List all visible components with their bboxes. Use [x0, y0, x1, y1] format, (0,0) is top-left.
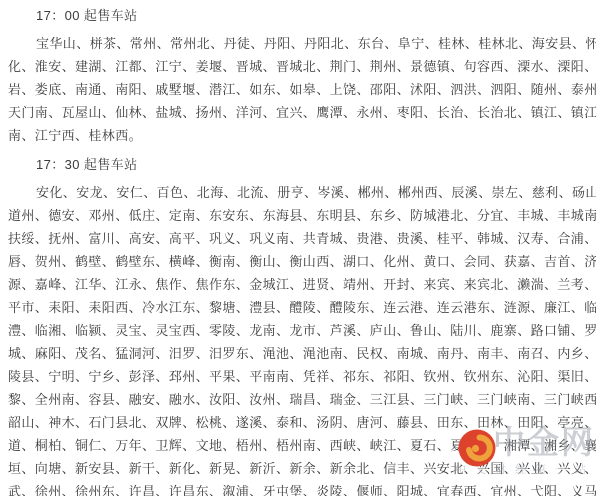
station-list-line: 武、徐州、徐州东、许昌、许昌东、溆浦、牙屯堡、炎陵、偃师、阳城、宜春西、宜州、弋… — [8, 480, 596, 496]
station-list-line: 城、麻阳、茂名、猛洞河、汨罗、汨罗东、渑池、渑池南、民权、南城、南丹、南丰、南召… — [8, 342, 596, 365]
station-list-line: 唇、贺州、鹤壁、鹤壁东、横峰、衡南、衡山、衡山西、湖口、化州、黄口、会同、获嘉、… — [8, 250, 596, 273]
station-list-line: 道、桐柏、铜仁、万年、卫辉、文地、梧州、梧州南、西峡、峡江、夏石、夏邑县、湘潭、… — [8, 434, 596, 457]
station-list-line: 宝华山、栟茶、常州、常州北、丹徒、丹阳、丹阳北、东台、阜宁、桂林、桂林北、海安县… — [8, 32, 596, 55]
station-list-1700: 宝华山、栟茶、常州、常州北、丹徒、丹阳、丹阳北、东台、阜宁、桂林、桂林北、海安县… — [8, 32, 596, 147]
station-list-line: 安化、安龙、安仁、百色、北海、北流、册亨、岑溪、郴州、郴州西、辰溪、崇左、慈利、… — [8, 181, 596, 204]
station-list-line: 源、嘉峰、江华、江永、焦作、焦作东、金城江、进贤、靖州、开封、来宾、来宾北、濑湍… — [8, 273, 596, 296]
station-list-1730: 安化、安龙、安仁、百色、北海、北流、册亨、岑溪、郴州、郴州西、辰溪、崇左、慈利、… — [8, 181, 596, 496]
station-list-line: 扶绥、抚州、富川、高安、高平、巩义、巩义南、共青城、贵港、贵溪、桂平、韩城、汉寿… — [8, 227, 596, 250]
station-list-line: 韶山、神木、石门县北、双牌、松桃、遂溪、泰和、汤阴、唐河、藤县、田东、田林、田阳… — [8, 411, 596, 434]
section-heading-1700: 17：00 起售车站 — [8, 4, 596, 27]
station-list-line: 岩、娄底、南通、南阳、戚墅堰、潜江、如东、如皋、上饶、邵阳、沭阳、泗洪、泗阳、随… — [8, 78, 596, 101]
station-list-line: 平市、耒阳、耒阳西、冷水江东、黎塘、澧县、醴陵、醴陵东、连云港、连云港东、涟源、… — [8, 296, 596, 319]
station-list-line: 垣、向塘、新安县、新干、新化、新晃、新沂、新余、新余北、信丰、兴安北、兴国、兴业… — [8, 457, 596, 480]
article-page: 17：00 起售车站 宝华山、栟茶、常州、常州北、丹徒、丹阳、丹阳北、东台、阜宁… — [0, 0, 600, 496]
station-list-line: 黎、全州南、容县、融安、融水、汝阳、汝州、瑞昌、瑞金、三江县、三门峡、三门峡南、… — [8, 388, 596, 411]
station-list-line: 陵县、宁明、宁乡、彭泽、邳州、平果、平南南、凭祥、祁东、祁阳、钦州、钦州东、沁阳… — [8, 365, 596, 388]
station-list-line: 道州、德安、邓州、低庄、定南、东安东、东海县、东明县、东乡、防城港北、分宜、丰城… — [8, 204, 596, 227]
station-list-line: 化、淮安、建湖、江都、江宁、姜堰、晋城、晋城北、荆门、荆州、景德镇、句容西、溧水… — [8, 55, 596, 78]
station-list-line: 南、江宁西、桂林西。 — [8, 124, 596, 147]
station-list-line: 天门南、瓦屋山、仙林、盐城、扬州、洋河、宜兴、鹰潭、永州、枣阳、长治、长治北、镇… — [8, 101, 596, 124]
section-heading-1730: 17：30 起售车站 — [8, 153, 596, 176]
station-list-line: 澧、临湘、临颍、灵宝、灵宝西、零陵、龙南、龙市、芦溪、庐山、鲁山、陆川、鹿寨、路… — [8, 319, 596, 342]
